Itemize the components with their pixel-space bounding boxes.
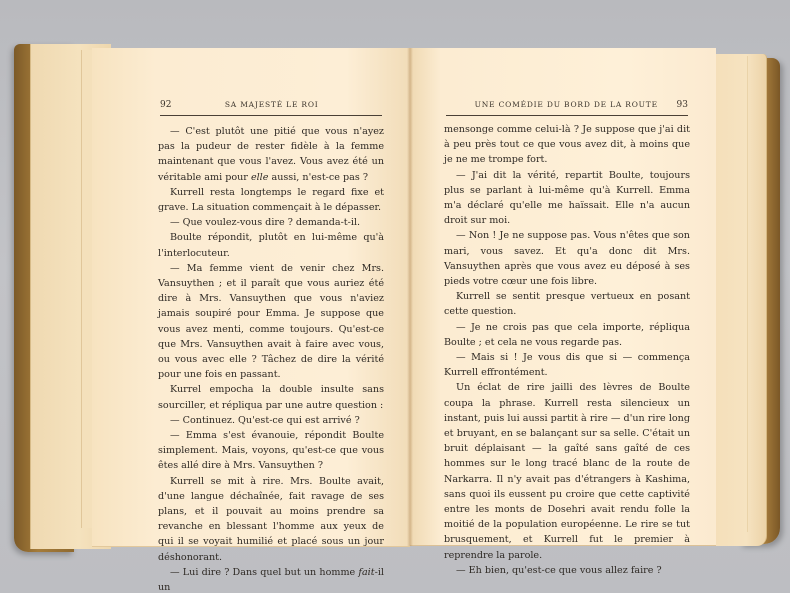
paragraph: — Eh bien, qu'est-ce que vous allez fair… (444, 563, 690, 578)
paragraph: — Je ne crois pas que cela importe, répl… (444, 320, 690, 350)
book-gutter (407, 48, 413, 546)
left-page: 92 SA MAJESTÉ LE ROI — C'est plutôt une … (92, 48, 410, 547)
right-page: UNE COMÉDIE DU BORD DE LA ROUTE 93 menso… (410, 48, 716, 546)
paragraph: — Mais si ! Je vous dis que si — commenç… (444, 350, 690, 380)
left-page-text: — C'est plutôt une pitié que vous n'ayez… (158, 124, 384, 593)
header-rule-left (160, 115, 382, 116)
paragraph: Kurrell se mit à rire. Mrs. Boulte avait… (158, 474, 384, 565)
left-running-head: 92 SA MAJESTÉ LE ROI (160, 100, 382, 112)
paragraph: Boulte répondit, plutôt en lui-même qu'à… (158, 230, 384, 260)
paragraph: — J'ai dit la vérité, repartit Boulte, t… (444, 168, 690, 229)
open-book-photo: 92 SA MAJESTÉ LE ROI — C'est plutôt une … (0, 0, 790, 593)
paragraph: — Continuez. Qu'est-ce qui est arrivé ? (158, 413, 384, 428)
paragraph: Un éclat de rire jailli des lèvres de Bo… (444, 380, 690, 562)
paragraph: — Que voulez-vous dire ? demanda-t-il. (158, 215, 384, 230)
paragraph: mensonge comme celui-là ? Je suppose que… (444, 122, 690, 168)
paragraph: — Non ! Je ne suppose pas. Vous n'êtes q… (444, 228, 690, 289)
header-rule-right (446, 115, 688, 116)
paragraph: Kurrell resta longtemps le regard fixe e… (158, 185, 384, 215)
right-running-head: UNE COMÉDIE DU BORD DE LA ROUTE 93 (446, 100, 688, 112)
paragraph: — Ma femme vient de venir chez Mrs. Vans… (158, 261, 384, 383)
paragraph: — C'est plutôt une pitié que vous n'ayez… (158, 124, 384, 185)
paragraph: — Emma s'est évanouie, répondit Boulte s… (158, 428, 384, 474)
page-number-right: 93 (677, 100, 688, 110)
page-number-left: 92 (160, 100, 171, 110)
right-page-text: mensonge comme celui-là ? Je suppose que… (444, 122, 690, 578)
paragraph: Kurrell se sentit presque vertueux en po… (444, 289, 690, 319)
running-title-right: UNE COMÉDIE DU BORD DE LA ROUTE (475, 100, 658, 109)
paragraph: — Lui dire ? Dans quel but un homme fait… (158, 565, 384, 593)
paragraph: Kurrel empocha la double insulte sans so… (158, 382, 384, 412)
running-title-left: SA MAJESTÉ LE ROI (225, 100, 319, 109)
